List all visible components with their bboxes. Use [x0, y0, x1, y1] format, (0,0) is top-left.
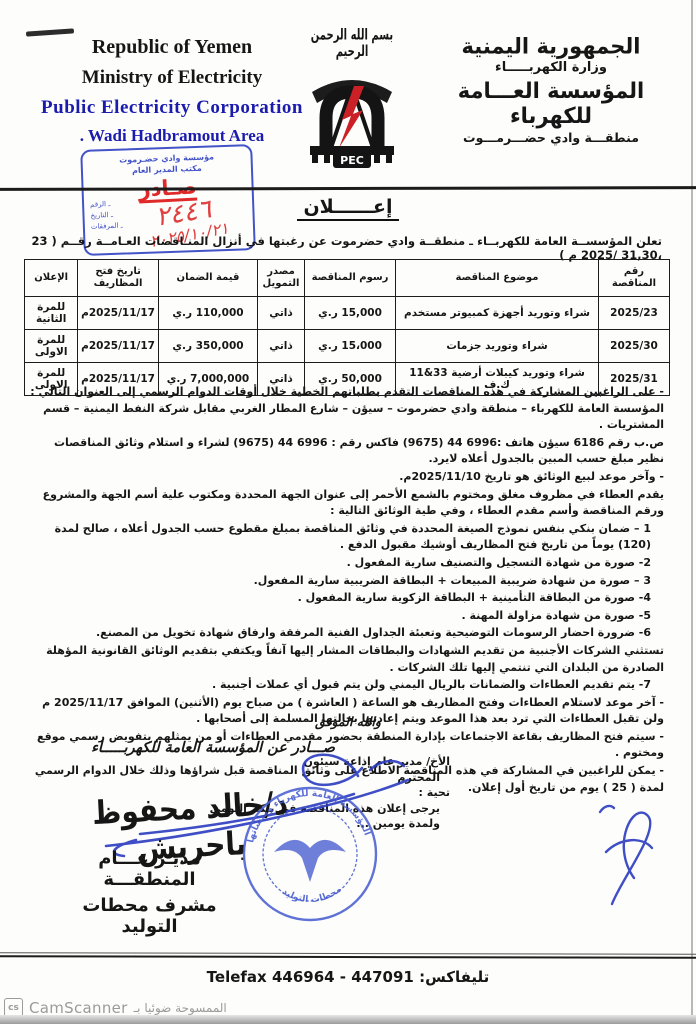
- header-arabic: الجمهورية اليمنية وزارة الكهربـــــاء ال…: [426, 34, 676, 145]
- table-header-row: رقم المناقصة موضوع المناقصة رسوم المناقص…: [25, 260, 670, 297]
- ministry-name-en: Ministry of Electricity: [22, 67, 322, 89]
- footer-separator-thin: [0, 952, 696, 954]
- cell-subject: شراء وتوريد جزمات: [396, 330, 599, 363]
- condition-item: يقدم العطاء في مظروف مغلق ومختوم بالشمع …: [28, 487, 664, 520]
- seal-ring-text-bottom: محطات التوليد: [280, 885, 343, 906]
- col-announcement: الإعلان: [25, 260, 78, 297]
- cell-date: 2025/11/17م: [78, 330, 159, 363]
- condition-item: ص.ب رقم 6186 سيؤن هاتف :6996 44 (9675) ف…: [28, 435, 664, 468]
- telefax-line: تليفاكس: Telefax 446964 - 447091: [0, 968, 696, 986]
- condition-item: - على الراغبين المشاركة في هذه المناقصات…: [28, 384, 664, 434]
- condition-item-numbered: 4- صورة من البطاقة التأمينية + البطاقة ا…: [28, 590, 664, 607]
- header-separator-line: [0, 186, 696, 190]
- area-name-en: . Wadi Hadbramout Area: [22, 126, 322, 146]
- cell-funding: ذاتي: [258, 330, 305, 363]
- col-tender-number: رقم المناقصة: [599, 260, 670, 297]
- cell-number: 2025/30: [599, 330, 670, 363]
- pec-logo: PEC: [300, 52, 404, 176]
- corporation-name-ar: المؤسسة العـــامة للكهرباء: [426, 78, 676, 128]
- ministry-name-ar: وزارة الكهربـــــاء: [426, 60, 676, 75]
- col-funding-source: مصدر التمويل: [258, 260, 305, 297]
- condition-item-numbered: 3 – صورة من شهادة ضريبية المبيعات + البط…: [28, 573, 664, 590]
- closing-phrase: والله الموفق: [0, 714, 696, 729]
- table-row: 2025/30 شراء وتوريد جزمات 15،000 ر.ي ذات…: [25, 330, 670, 363]
- col-tender-subject: موضوع المناقصة: [396, 260, 599, 297]
- country-name-en: Republic of Yemen: [22, 36, 322, 59]
- cell-announce: للمرة الثانية: [25, 297, 78, 330]
- cell-subject: شراء وتوريد أجهزة كمبيوتر مستخدم: [396, 297, 599, 330]
- pec-logo-label: PEC: [340, 154, 364, 167]
- cell-guarantee: 350,000 ر.ي: [159, 330, 258, 363]
- cell-fee: 15،000 ر.ي: [305, 330, 396, 363]
- condition-item-numbered: 2- صورة من شهادة التسجيل والتصنيف سارية …: [28, 555, 664, 572]
- country-name-ar: الجمهورية اليمنية: [426, 33, 676, 58]
- intro-paragraph: تعلن المؤسســة العامة للكهربــاء ـ منطقـ…: [30, 234, 662, 262]
- col-tender-fee: رسوم المناقصة: [305, 260, 396, 297]
- cell-announce: للمرة الاولى: [25, 330, 78, 363]
- conditions-body: - على الراغبين المشاركة في هذه المناقصات…: [28, 384, 664, 797]
- cell-date: 2025/11/17م: [78, 297, 159, 330]
- scanned-tender-announcement: { "header": { "english": { "line1": "Rep…: [0, 0, 696, 1024]
- condition-item-numbered: 6- ضرورة احضار الرسومات التوضيحية وتعبئة…: [28, 625, 664, 642]
- condition-item-numbered: 1 – ضمان بنكي بنفس نموذج الصيغة المحددة …: [28, 521, 664, 554]
- announcement-title-wrap: إعــــــلان: [0, 196, 696, 221]
- signature-scribble-secondary: [576, 782, 676, 912]
- scan-edge-bottom: [0, 1015, 696, 1024]
- col-opening-date: تاريخ فتح المظاريف: [78, 260, 159, 297]
- scan-edge-right: [691, 0, 693, 1024]
- camscanner-arabic-text: الممسوحة ضوئيا بـ: [134, 1001, 227, 1015]
- cell-number: 2025/23: [599, 297, 670, 330]
- condition-item-numbered: 5- صورة من شهادة مزاولة المهنة .: [28, 608, 664, 625]
- seal-eagle-emblem: [274, 840, 346, 882]
- condition-item: - وآخر موعد لبيع الوثائق هو تاريخ 2025/1…: [28, 469, 664, 486]
- camscanner-brand: CamScanner: [29, 999, 128, 1017]
- official-round-seal: المؤسسة العامة للكهرباء ومنشآتها محطات ا…: [232, 772, 388, 936]
- corporation-name-en: Public Electricity Corporation: [22, 97, 322, 119]
- condition-item: تستثني الشركات الأجنبية من تقديم الشهادا…: [28, 643, 664, 676]
- signatory-title-1: مديـر عـــام المنطقـــة: [52, 848, 247, 890]
- pec-logo-emblem: PEC: [300, 52, 404, 172]
- condition-item-numbered: 7- يتم تقديم العطاءات والضمانات بالريال …: [28, 677, 664, 694]
- col-guarantee: قيمة الضمان: [159, 260, 258, 297]
- stamp-label-attachments: ـ المرفقات: [91, 221, 123, 233]
- signatory-titles: مديـر عـــام المنطقـــة مشرف محطات التول…: [52, 848, 247, 937]
- cell-guarantee: 110,000 ر.ي: [159, 297, 258, 330]
- signatory-title-2: مشرف محطات التوليد: [52, 895, 247, 937]
- table-row: 2025/23 شراء وتوريد أجهزة كمبيوتر مستخدم…: [25, 297, 670, 330]
- header-english: Republic of Yemen Ministry of Electricit…: [22, 36, 322, 146]
- area-name-ar: منطقـــة وادي حضـــرمـــوت: [426, 130, 676, 145]
- footer-separator-line: [0, 955, 696, 959]
- announcement-title: إعــــــلان: [297, 196, 398, 221]
- cell-funding: ذاتي: [258, 297, 305, 330]
- tenders-table: رقم المناقصة موضوع المناقصة رسوم المناقص…: [24, 259, 670, 396]
- cell-fee: 15,000 ر.ي: [305, 297, 396, 330]
- svg-text:محطات التوليد: محطات التوليد: [280, 885, 343, 906]
